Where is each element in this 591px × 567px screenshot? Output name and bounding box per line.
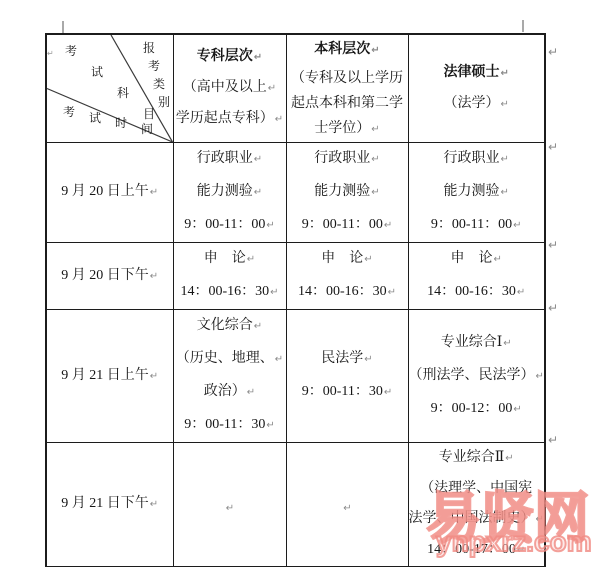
corner-header-cell: 考试科目 报考类别 考试时间 <box>46 34 173 143</box>
cell-specialist-empty: ↵ <box>173 443 286 567</box>
cell-content: 行政职业↵能力测验↵9：00-11：00↵ <box>409 143 544 242</box>
column-subtitle: （高中及以上↵学历起点专科）↵ <box>174 73 286 135</box>
cell-undergrad-empty: ↵ <box>286 443 408 567</box>
row-end-paragraph-mark-icon: ↵ <box>548 301 558 315</box>
time-cell: 9 月 21 日下午↵ <box>46 443 173 567</box>
time-label: 9 月 21 日上午↵ <box>47 360 173 393</box>
row-end-paragraph-mark-icon: ↵ <box>548 238 558 252</box>
table-row-sep20-morning: 9 月 20 日上午↵ 行政职业↵能力测验↵9：00-11：00↵ 行政职业↵能… <box>46 143 545 243</box>
column-subtitle: （专科及以上学历起点本科和第二学士学位）↵ <box>287 66 408 142</box>
time-label: 9 月 21 日下午↵ <box>47 489 173 520</box>
table-row-sep21-morning: 9 月 21 日上午↵ 文化综合↵（历史、地理、↵政治）↵9：00-11：30↵… <box>46 310 545 443</box>
watermark-site-url: ynpxrz.com <box>436 526 591 558</box>
cell-undergrad: 行政职业↵能力测验↵9：00-11：00↵ <box>286 143 408 243</box>
cell-specialist: 行政职业↵能力测验↵9：00-11：00↵ <box>173 143 286 243</box>
cell-law: 专业综合Ⅰ↵（刑法学、民法学）↵9：00-12：00↵ <box>408 310 545 443</box>
header-cell-undergraduate-level: 本科层次↵ （专科及以上学历起点本科和第二学士学位）↵ <box>286 34 408 143</box>
cell-undergrad: 申 论↵14：00-16：30↵ <box>286 243 408 310</box>
time-cell: 9 月 21 日上午↵ <box>46 310 173 443</box>
cell-law: 行政职业↵能力测验↵9：00-11：00↵ <box>408 143 545 243</box>
time-cell: 9 月 20 日上午↵ <box>46 143 173 243</box>
cell-specialist: 申 论↵14：00-16：30↵ <box>173 243 286 310</box>
header-cell-law-master: 法律硕士↵ （法学）↵ <box>408 34 545 143</box>
row-end-paragraph-mark-icon: ↵ <box>548 140 558 154</box>
cell-undergrad: 民法学↵9：00-11：30↵ <box>286 310 408 443</box>
document-page: ↵ ↵ ↵ ↵ ↵ ↵ 考试科目 报考类别 考试时间 专科层次↵ （高中及以上↵… <box>0 0 591 567</box>
cell-specialist: 文化综合↵（历史、地理、↵政治）↵9：00-11：30↵ <box>173 310 286 443</box>
column-title: 专科层次↵ <box>174 42 286 73</box>
cell-content: 申 论↵14：00-16：30↵ <box>409 243 544 309</box>
ruler-tick-right <box>522 20 524 32</box>
column-subtitle: （法学）↵ <box>409 89 544 120</box>
cell-law: 申 论↵14：00-16：30↵ <box>408 243 545 310</box>
ruler-tick-left <box>62 21 64 33</box>
row-end-paragraph-mark-icon: ↵ <box>548 433 558 447</box>
cell-content: 行政职业↵能力测验↵9：00-11：00↵ <box>287 143 408 242</box>
cell-content: ↵ <box>174 493 286 516</box>
cell-content: 专业综合Ⅰ↵（刑法学、民法学）↵9：00-12：00↵ <box>409 327 544 426</box>
time-cell: 9 月 20 日下午↵ <box>46 243 173 310</box>
time-label: 9 月 20 日上午↵ <box>47 176 173 209</box>
header-row: 考试科目 报考类别 考试时间 专科层次↵ （高中及以上↵学历起点专科）↵ 本科层… <box>46 34 545 143</box>
cell-content: 申 论↵14：00-16：30↵ <box>174 243 286 309</box>
column-title: 本科层次↵ <box>287 35 408 66</box>
header-cell-specialist-level: 专科层次↵ （高中及以上↵学历起点专科）↵ <box>173 34 286 143</box>
cell-content: 民法学↵9：00-11：30↵ <box>287 343 408 409</box>
table-row-sep20-afternoon: 9 月 20 日下午↵ 申 论↵14：00-16：30↵ 申 论↵14：00-1… <box>46 243 545 310</box>
time-label: 9 月 20 日下午↵ <box>47 260 173 293</box>
cell-content: 行政职业↵能力测验↵9：00-11：00↵ <box>174 143 286 242</box>
column-title: 法律硕士↵ <box>409 58 544 89</box>
cell-content: 申 论↵14：00-16：30↵ <box>287 243 408 309</box>
cell-content: 文化综合↵（历史、地理、↵政治）↵9：00-11：30↵ <box>174 310 286 442</box>
cell-content: ↵ <box>287 493 408 516</box>
row-end-paragraph-mark-icon: ↵ <box>548 45 558 59</box>
